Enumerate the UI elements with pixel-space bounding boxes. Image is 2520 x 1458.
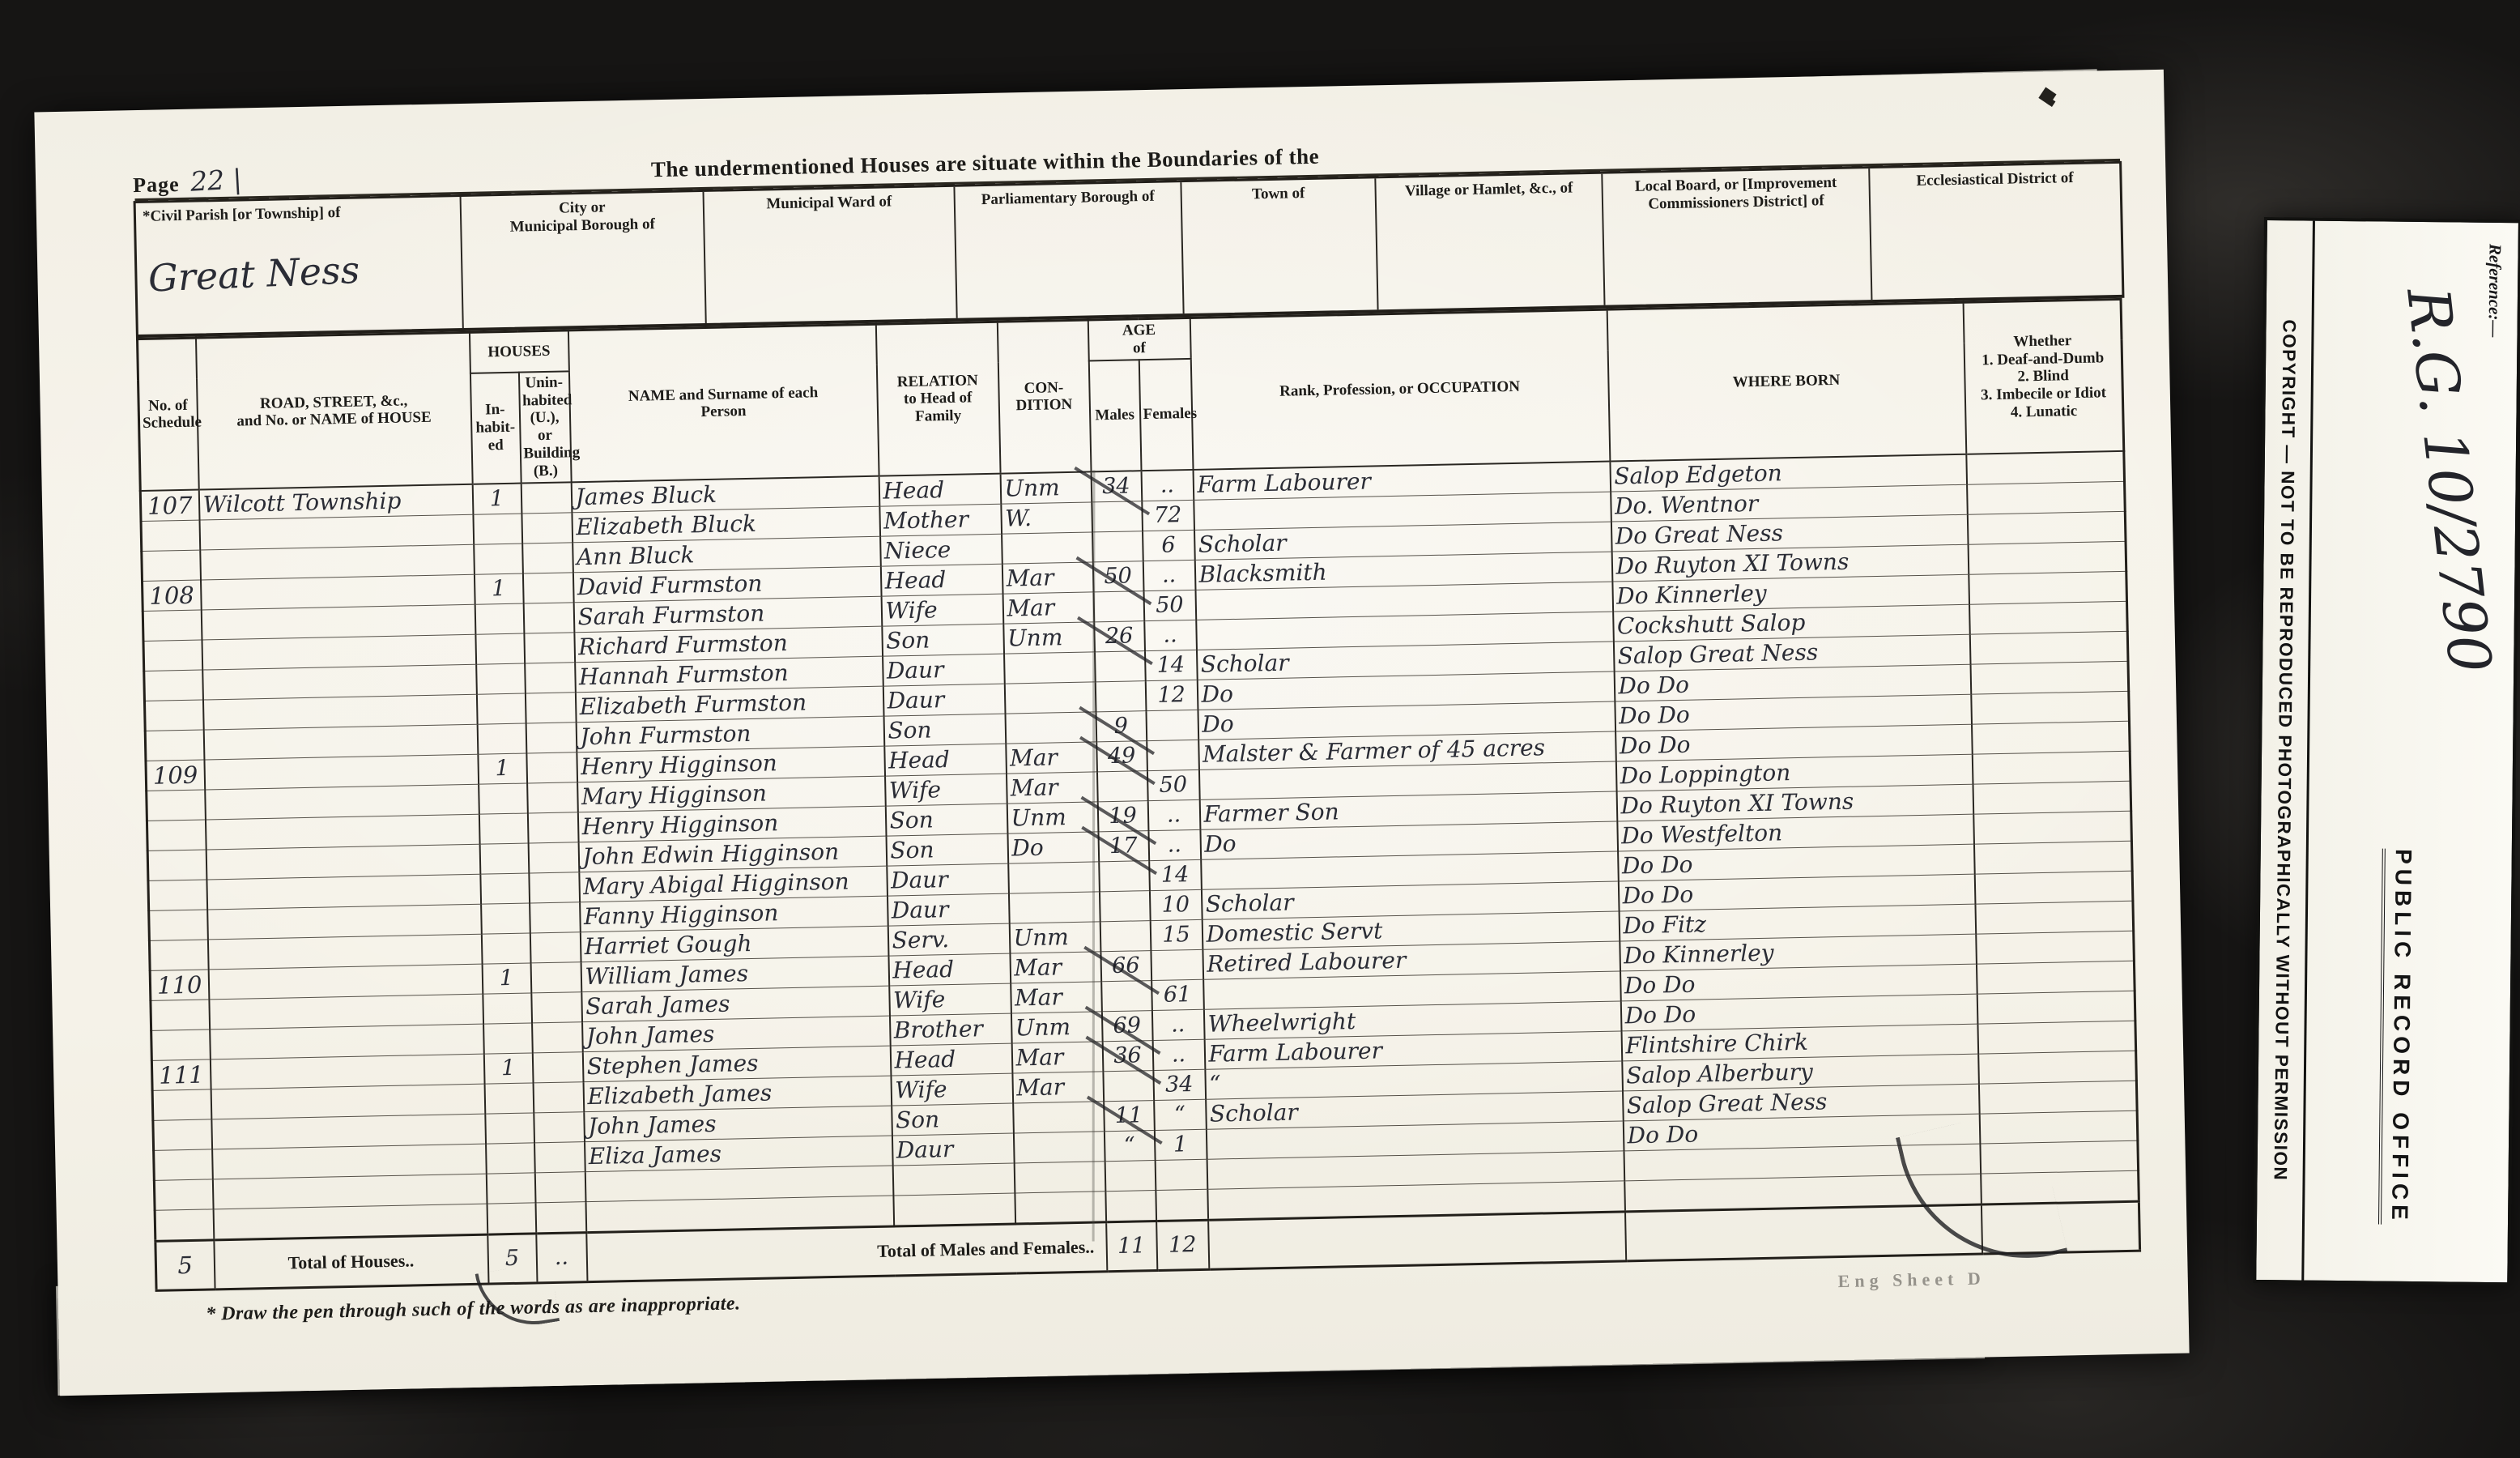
- cell-inhabited: 1: [478, 753, 527, 784]
- cell-age-male: [1099, 860, 1150, 891]
- totals-males: 11: [1106, 1221, 1157, 1271]
- col-schedule: No. of Schedule: [138, 338, 199, 491]
- cell-inhabited: [474, 544, 523, 574]
- cell-age-female: 1: [1154, 1129, 1207, 1160]
- boundary-value: Great Ness: [143, 244, 457, 335]
- cell-condition: [1013, 1132, 1105, 1163]
- col-where-born: WHERE BORN: [1607, 302, 1966, 461]
- cell-schedule: [142, 550, 201, 581]
- boundary-value: [1877, 211, 2117, 299]
- cell-condition: W.: [1001, 502, 1092, 534]
- cell-infirmity: [1980, 1140, 2139, 1174]
- cell-schedule: [141, 520, 200, 551]
- cell-condition: Mar: [1002, 592, 1094, 624]
- cell-inhabited: 1: [482, 963, 531, 994]
- boundary-label: City or Municipal Borough of: [468, 197, 697, 247]
- cell-schedule: 107: [140, 489, 199, 521]
- cell-inhabited: [475, 633, 525, 664]
- cell-age-female: 10: [1149, 889, 1202, 920]
- cell-age-female: 15: [1150, 919, 1203, 950]
- cell-uninhabited: [534, 1111, 585, 1142]
- pro-stamp-card: Reference:— R.G. 10/2790 PUBLIC RECORD O…: [2253, 217, 2520, 1285]
- cell-inhabited: [481, 933, 530, 964]
- cell-uninhabited: [529, 872, 580, 902]
- boundary-column: Local Board, or [Improvement Commissione…: [1601, 168, 1871, 305]
- cell-age-male: 49: [1096, 740, 1147, 771]
- cell-uninhabited: [535, 1201, 586, 1233]
- totals-houses-label: Total of Houses..: [214, 1234, 488, 1290]
- cell-schedule: [148, 880, 207, 910]
- cell-relation: Head: [880, 564, 1002, 596]
- stamp-reference-label: Reference:—: [2484, 244, 2505, 338]
- cell-relation: Son: [892, 1103, 1014, 1136]
- cell-infirmity: [1976, 961, 2135, 994]
- cell-schedule: [143, 610, 202, 641]
- cell-infirmity: [1969, 631, 2128, 664]
- cell-age-male: 69: [1101, 1010, 1152, 1041]
- cell-relation: Wife: [891, 1073, 1013, 1106]
- cell-age-female: [1146, 710, 1198, 740]
- boundary-value: [962, 231, 1177, 318]
- cell-uninhabited: [530, 902, 581, 932]
- cell-relation: Daur: [883, 684, 1005, 716]
- cell-schedule: 109: [146, 760, 205, 791]
- banner-text: The undermentioned Houses are situate wi…: [651, 144, 1320, 183]
- cell-infirmity: [1970, 661, 2129, 694]
- cell-schedule: [145, 730, 204, 761]
- cell-inhabited: [487, 1203, 536, 1234]
- cell-relation: Daur: [887, 863, 1009, 896]
- cell-relation: Head: [888, 953, 1011, 986]
- cell-age-female: ..: [1147, 799, 1200, 830]
- cell-condition: [1008, 862, 1100, 893]
- cell-age-female: “: [1154, 1099, 1207, 1130]
- cell-schedule: [155, 1209, 214, 1241]
- cell-relation: Head: [890, 1043, 1012, 1076]
- census-rows: 107 Wilcott Township 1 James Bluck Head …: [140, 451, 2139, 1241]
- cell-age-female: 14: [1144, 650, 1197, 680]
- boundary-value: [1383, 222, 1598, 309]
- census-form: Page 22 | The undermentioned Houses are …: [34, 70, 2188, 1328]
- cell-condition: [1002, 532, 1093, 564]
- cell-uninhabited: [525, 663, 576, 693]
- cell-schedule: [149, 940, 208, 970]
- cell-relation: Head: [879, 473, 1001, 506]
- boundary-value: [468, 240, 700, 326]
- cell-uninhabited: [521, 513, 573, 544]
- cell-age-male: 50: [1092, 561, 1143, 591]
- cell-relation: Daur: [883, 654, 1005, 686]
- cell-uninhabited: [534, 1171, 585, 1202]
- cell-infirmity: [1969, 601, 2128, 634]
- cell-uninhabited: [521, 482, 572, 514]
- cell-inhabited: [481, 903, 530, 934]
- cell-condition: [1013, 1102, 1105, 1133]
- cell-age-female: 34: [1153, 1069, 1206, 1100]
- cell-inhabited: [479, 813, 528, 844]
- cell-infirmity: [1979, 1111, 2138, 1144]
- cell-relation: Son: [886, 833, 1008, 866]
- col-inhabited: In- habit- ed: [470, 372, 521, 484]
- col-road: ROAD, STREET, &c., and No. or NAME of HO…: [195, 332, 472, 489]
- cell-age-female: ..: [1152, 1039, 1205, 1070]
- cell-schedule: [154, 1149, 213, 1180]
- cell-uninhabited: [528, 842, 579, 873]
- cell-schedule: [144, 670, 203, 701]
- cell-relation: Son: [885, 804, 1007, 836]
- cell-uninhabited: [526, 723, 577, 753]
- cell-condition: Mar: [1006, 742, 1097, 774]
- cell-inhabited: [486, 1173, 535, 1204]
- cell-schedule: 110: [150, 970, 209, 1000]
- cell-age-male: [1092, 531, 1143, 561]
- cell-uninhabited: [522, 543, 573, 573]
- cell-relation: Son: [883, 714, 1006, 746]
- col-males: Males: [1088, 360, 1141, 471]
- boundary-column: *Civil Parish [or Township] of Great Nes…: [136, 197, 462, 335]
- cell-relation: Mother: [879, 504, 1002, 536]
- cell-condition: Unm: [1000, 471, 1092, 504]
- cell-uninhabited: [527, 782, 578, 813]
- cell-age-male: [1100, 920, 1151, 951]
- cell-relation: Daur: [887, 893, 1009, 926]
- cell-inhabited: [479, 843, 529, 874]
- cell-age-female: 50: [1143, 590, 1196, 620]
- cell-uninhabited: [532, 1021, 583, 1052]
- cell-uninhabited: [524, 633, 575, 663]
- cell-infirmity: [1972, 751, 2131, 784]
- cell-condition: Mar: [1011, 1042, 1103, 1073]
- cell-infirmity: [1973, 811, 2132, 844]
- cell-age-female: 50: [1147, 769, 1199, 800]
- cell-uninhabited: [523, 603, 574, 633]
- cell-relation: Wife: [881, 594, 1003, 626]
- cell-schedule: 108: [143, 580, 202, 611]
- cell-uninhabited: [527, 812, 578, 843]
- cell-condition: [1005, 712, 1096, 744]
- cell-condition: Unm: [1003, 622, 1095, 654]
- cell-schedule: [149, 910, 208, 940]
- cell-age-male: 9: [1096, 710, 1147, 741]
- cell-infirmity: [1973, 841, 2132, 874]
- cell-age-male: [1103, 1070, 1154, 1101]
- cell-relation: Serv.: [888, 923, 1010, 956]
- cell-infirmity: [1977, 1021, 2136, 1054]
- cell-inhabited: [483, 993, 532, 1024]
- cell-age-male: [1093, 590, 1144, 621]
- cell-relation: [892, 1163, 1015, 1196]
- cell-relation: Wife: [885, 774, 1007, 806]
- boundary-label: Local Board, or [Improvement Commissione…: [1609, 173, 1862, 224]
- cell-relation: Head: [884, 744, 1007, 776]
- cell-infirmity: [1967, 511, 2126, 544]
- boundary-label: Town of: [1189, 184, 1369, 232]
- cell-uninhabited: [534, 1141, 585, 1172]
- totals-infirm-blank: [1981, 1201, 2139, 1254]
- col-whether-infirm: Whether 1. Deaf-and-Dumb 2. Blind 3. Imb…: [1963, 299, 2124, 454]
- cell-schedule: [143, 640, 202, 671]
- cell-age-female: ..: [1141, 470, 1194, 501]
- page-label: Page: [133, 173, 180, 198]
- cell-infirmity: [1971, 691, 2130, 724]
- sheet-code: Eng Sheet D: [1837, 1268, 1986, 1292]
- cell-age-male: 19: [1097, 800, 1148, 831]
- cell-condition: Mar: [1011, 982, 1102, 1013]
- cell-infirmity: [1978, 1081, 2137, 1114]
- cell-inhabited: 1: [472, 483, 521, 514]
- totals-males-females-label: Total of Males and Females..: [586, 1222, 1107, 1282]
- cell-infirmity: [1974, 871, 2133, 904]
- cell-uninhabited: [522, 573, 573, 603]
- stamp-office-name: PUBLIC RECORD OFFICE: [2378, 849, 2416, 1225]
- cell-inhabited: 1: [483, 1053, 533, 1084]
- cell-infirmity: [1972, 721, 2131, 754]
- boundary-value: [711, 235, 951, 322]
- cell-inhabited: [475, 603, 524, 634]
- col-condition: CON- DITION: [997, 320, 1091, 473]
- cell-inhabited: [486, 1143, 535, 1174]
- cell-inhabited: [476, 663, 526, 694]
- boundary-label: Municipal Ward of: [711, 192, 948, 242]
- cell-uninhabited: [533, 1081, 584, 1112]
- cell-uninhabited: [525, 693, 576, 723]
- cell-age-male: [1099, 890, 1150, 921]
- cell-condition: Unm: [1007, 802, 1098, 833]
- col-uninhabited: Unin- habited (U.), or Building (B.): [518, 371, 571, 483]
- cell-uninhabited: [530, 961, 581, 992]
- cell-condition: Mar: [1012, 1072, 1104, 1103]
- cell-infirmity: [1967, 481, 2126, 514]
- cell-age-female: 6: [1143, 530, 1195, 561]
- cell-age-male: 34: [1091, 471, 1142, 502]
- boundary-column: Municipal Ward of: [703, 187, 956, 323]
- cell-age-female: ..: [1151, 1009, 1204, 1040]
- boundary-label: Village or Hamlet, &c., of: [1382, 179, 1595, 228]
- col-age: AGE of: [1088, 318, 1190, 360]
- cell-age-female: 12: [1145, 680, 1198, 710]
- census-table: No. of Schedule ROAD, STREET, &c., and N…: [136, 298, 2141, 1292]
- stamp-main-area: Reference:— R.G. 10/2790 PUBLIC RECORD O…: [2304, 221, 2518, 1283]
- cell-infirmity: [1973, 781, 2131, 814]
- cell-age-female: ..: [1144, 620, 1197, 650]
- cell-age-female: 61: [1151, 979, 1204, 1010]
- cell-age-female: [1156, 1189, 1208, 1221]
- cell-condition: Unm: [1011, 1012, 1102, 1043]
- cell-relation: [893, 1193, 1015, 1226]
- cell-age-male: [1095, 680, 1146, 711]
- cell-uninhabited: [531, 991, 582, 1022]
- cell-uninhabited: [526, 752, 577, 783]
- cell-condition: Mar: [1002, 562, 1093, 594]
- cell-age-male: [1096, 770, 1147, 801]
- cell-age-male: [1092, 501, 1143, 531]
- boundary-column: Parliamentary Borough of: [953, 182, 1182, 318]
- cell-age-male: 17: [1098, 830, 1149, 861]
- cell-condition: [1004, 682, 1096, 714]
- totals-schedule: 5: [155, 1240, 215, 1290]
- cell-age-male: [1105, 1190, 1156, 1221]
- totals-females: 12: [1156, 1220, 1209, 1270]
- boundary-label: Parliamentary Borough of: [962, 187, 1175, 237]
- cell-infirmity: [1968, 541, 2126, 574]
- cell-schedule: [147, 850, 206, 880]
- cell-condition: [1008, 892, 1100, 923]
- cell-schedule: 111: [151, 1059, 211, 1090]
- page-number: 22 |: [189, 163, 243, 197]
- col-relation: RELATION to Head of Family: [875, 322, 1000, 475]
- pro-stamp: Reference:— R.G. 10/2790 PUBLIC RECORD O…: [2264, 217, 2520, 1283]
- cell-inhabited: [473, 514, 522, 544]
- cell-age-male: 36: [1102, 1040, 1153, 1071]
- cell-age-male: 26: [1094, 620, 1145, 651]
- col-houses: HOUSES: [469, 330, 568, 373]
- cell-schedule: [144, 700, 203, 731]
- col-occupation: Rank, Profession, or OCCUPATION: [1190, 309, 1610, 470]
- census-sheet: Page 22 | The undermentioned Houses are …: [34, 70, 2189, 1396]
- cell-relation: Daur: [892, 1133, 1014, 1166]
- cell-relation: Brother: [889, 1013, 1011, 1046]
- cell-infirmity: [1976, 931, 2135, 964]
- cell-condition: Do: [1007, 832, 1099, 863]
- cell-schedule: [154, 1179, 213, 1210]
- boundary-label: Ecclesiastical District of: [1876, 168, 2113, 219]
- cell-age-male: 11: [1104, 1100, 1155, 1131]
- col-females: Females: [1139, 359, 1193, 471]
- cell-uninhabited: [532, 1051, 583, 1082]
- cell-condition: Unm: [1009, 922, 1100, 953]
- cell-age-female: [1155, 1159, 1207, 1190]
- boundary-column: City or Municipal Borough of: [460, 192, 705, 328]
- totals-houses-value: 5: [487, 1234, 537, 1284]
- cell-schedule: [151, 1000, 210, 1030]
- cell-age-female: 14: [1149, 859, 1202, 890]
- col-name: NAME and Surname of each Person: [568, 324, 879, 482]
- cell-schedule: [151, 1030, 211, 1060]
- totals-born-blank: [1624, 1204, 1982, 1261]
- cell-infirmity: [1969, 571, 2127, 604]
- boundary-column: Town of: [1180, 178, 1377, 313]
- cell-inhabited: [476, 693, 526, 724]
- cell-schedule: [147, 790, 206, 821]
- cell-infirmity: [1966, 451, 2125, 484]
- cell-inhabited: [484, 1083, 534, 1114]
- cell-age-male: [1105, 1160, 1156, 1191]
- cell-condition: [1004, 652, 1096, 684]
- cell-inhabited: [480, 873, 530, 904]
- cell-condition: Mar: [1010, 952, 1101, 983]
- cell-age-female: ..: [1143, 560, 1195, 590]
- cell-uninhabited: [530, 932, 581, 962]
- stamp-reference-value: R.G. 10/2790: [2394, 284, 2505, 676]
- cell-condition: Mar: [1006, 772, 1097, 804]
- boundary-value: [1610, 216, 1866, 305]
- cell-age-female: [1151, 949, 1203, 980]
- cell-inhabited: 1: [474, 573, 523, 604]
- cell-schedule: [152, 1089, 211, 1120]
- cell-age-female: [1147, 740, 1199, 770]
- cell-infirmity: [1977, 991, 2135, 1024]
- totals-uninhabited-value: ..: [536, 1232, 587, 1282]
- cell-relation: Son: [882, 624, 1004, 656]
- totals-occupation-blank: [1208, 1212, 1626, 1269]
- cell-age-male: [1101, 980, 1152, 1011]
- cell-relation: Wife: [889, 983, 1011, 1016]
- cell-relation: Niece: [880, 534, 1002, 566]
- cell-age-female: ..: [1148, 829, 1201, 860]
- cell-inhabited: [477, 723, 526, 754]
- cell-age-male: “: [1104, 1130, 1155, 1161]
- cell-inhabited: [479, 783, 528, 814]
- cell-schedule: [147, 820, 206, 850]
- cell-infirmity: [1975, 901, 2134, 934]
- boundary-column: Village or Hamlet, &c., of: [1374, 174, 1603, 310]
- cell-age-male: [1094, 650, 1145, 681]
- cell-inhabited: [485, 1113, 534, 1144]
- cell-inhabited: [483, 1023, 533, 1054]
- cell-age-male: 66: [1100, 950, 1151, 981]
- footnote: * Draw the pen through such of the words…: [206, 1293, 741, 1325]
- cell-age-female: 72: [1142, 500, 1194, 531]
- boundary-value: [1189, 227, 1372, 312]
- boundary-column: Ecclesiastical District of: [1868, 164, 2122, 300]
- cell-schedule: [153, 1119, 212, 1150]
- cell-infirmity: [1981, 1170, 2139, 1204]
- cell-infirmity: [1978, 1051, 2137, 1084]
